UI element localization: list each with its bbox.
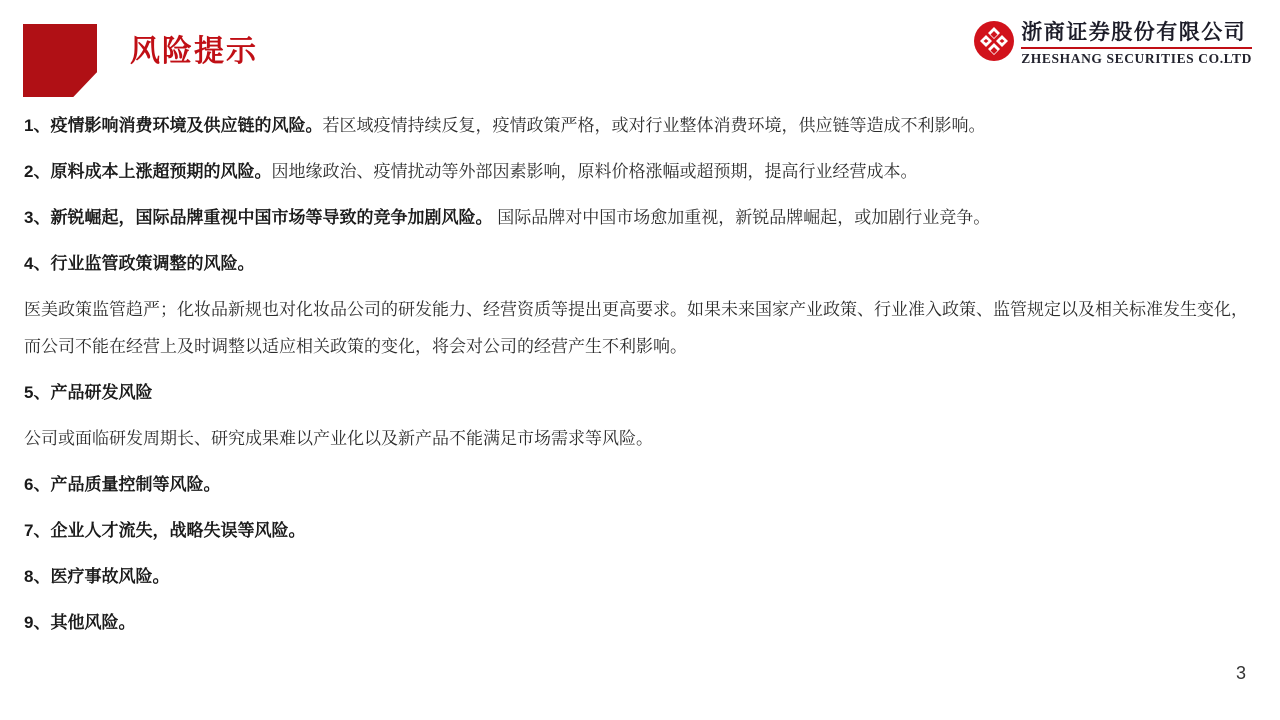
logo-divider	[1021, 47, 1252, 49]
corner-accent-square	[23, 24, 97, 97]
risk-item: 2、原料成本上涨超预期的风险。因地缘政治、疫情扰动等外部因素影响，原料价格涨幅或…	[24, 153, 1256, 190]
risk-item: 5、产品研发风险	[24, 374, 1256, 411]
risk-item-lead: 5、产品研发风险	[24, 383, 152, 402]
risk-item: 1、疫情影响消费环境及供应链的风险。若区域疫情持续反复，疫情政策严格，或对行业整…	[24, 107, 1256, 144]
risk-item-text: 公司或面临研发周期长、研究成果难以产业化以及新产品不能满足市场需求等风险。	[24, 429, 653, 448]
risk-item-text: 医美政策监管趋严；化妆品新规也对化妆品公司的研发能力、经营资质等提出更高要求。如…	[24, 300, 1248, 356]
company-name-cn: 浙商证券股份有限公司	[1021, 20, 1252, 46]
risk-item: 9、其他风险。	[24, 604, 1256, 641]
risk-item-text: 国际品牌对中国市场愈加重视，新锐品牌崛起，或加剧行业竞争。	[492, 208, 990, 227]
company-name-block: 浙商证券股份有限公司 ZHESHANG SECURITIES CO.LTD	[1021, 20, 1252, 67]
company-name-en: ZHESHANG SECURITIES CO.LTD	[1021, 51, 1252, 67]
risk-item-lead: 8、医疗事故风险。	[24, 567, 169, 586]
risk-item: 3、新锐崛起，国际品牌重视中国市场等导致的竞争加剧风险。 国际品牌对中国市场愈加…	[24, 199, 1256, 236]
risk-item: 公司或面临研发周期长、研究成果难以产业化以及新产品不能满足市场需求等风险。	[24, 420, 1256, 457]
risk-item-lead: 9、其他风险。	[24, 613, 135, 632]
risk-list: 1、疫情影响消费环境及供应链的风险。若区域疫情持续反复，疫情政策严格，或对行业整…	[24, 107, 1256, 650]
risk-item: 6、产品质量控制等风险。	[24, 466, 1256, 503]
page-number: 3	[1236, 663, 1246, 684]
risk-item: 4、行业监管政策调整的风险。	[24, 245, 1256, 282]
slide: 风险提示 浙商证券股份有限公司 ZHESHANG SECURITIES CO.L…	[0, 0, 1280, 720]
risk-item-text: 因地缘政治、疫情扰动等外部因素影响，原料价格涨幅或超预期，提高行业经营成本。	[271, 162, 917, 181]
risk-item-text: 若区域疫情持续反复，疫情政策严格，或对行业整体消费环境，供应链等造成不利影响。	[322, 116, 985, 135]
risk-item-lead: 3、新锐崛起，国际品牌重视中国市场等导致的竞争加剧风险。	[24, 208, 492, 227]
risk-item: 7、企业人才流失，战略失误等风险。	[24, 512, 1256, 549]
risk-item-lead: 7、企业人才流失，战略失误等风险。	[24, 521, 305, 540]
company-logo: 浙商证券股份有限公司 ZHESHANG SECURITIES CO.LTD	[973, 20, 1252, 67]
page-title: 风险提示	[130, 26, 258, 70]
risk-item-lead: 1、疫情影响消费环境及供应链的风险。	[24, 116, 322, 135]
risk-item: 医美政策监管趋严；化妆品新规也对化妆品公司的研发能力、经营资质等提出更高要求。如…	[24, 291, 1256, 365]
risk-item: 8、医疗事故风险。	[24, 558, 1256, 595]
risk-item-lead: 4、行业监管政策调整的风险。	[24, 254, 254, 273]
risk-item-lead: 6、产品质量控制等风险。	[24, 475, 220, 494]
risk-item-lead: 2、原料成本上涨超预期的风险。	[24, 162, 271, 181]
zheshang-knot-icon	[973, 20, 1015, 62]
